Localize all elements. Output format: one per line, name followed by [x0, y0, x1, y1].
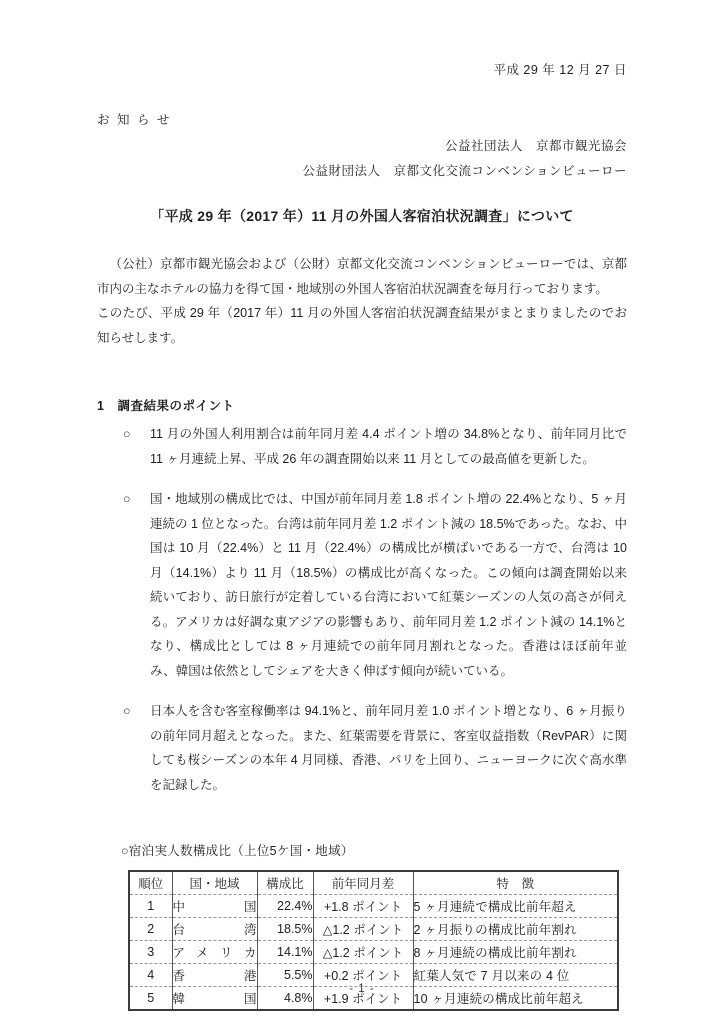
page-number: - 1 - [0, 983, 724, 995]
cell-diff: △1.2 ポイント [313, 918, 413, 941]
cell-share: 22.4% [257, 895, 313, 918]
point-item-country-composition: ○ 国・地域別の構成比では、中国が前年同月差 1.8 ポイント増の 22.4%と… [123, 487, 627, 683]
organization-name-1: 公益社団法人 京都市観光協会 [97, 136, 627, 154]
table-row: 3 アメリカ 14.1% △1.2 ポイント 8 ヶ月連続の構成比前年割れ [129, 941, 618, 964]
survey-points-list: ○ 11 月の外国人利用割合は前年同月差 4.4 ポイント増の 34.8%となり… [97, 422, 627, 797]
header-feature: 特 徴 [413, 871, 618, 895]
cell-rank: 1 [129, 895, 172, 918]
cell-diff: △1.2 ポイント [313, 941, 413, 964]
cell-feature: 5 ヶ月連続で構成比前年超え [413, 895, 618, 918]
cell-country: アメリカ [172, 941, 257, 964]
header-diff: 前年同月差 [313, 871, 413, 895]
point-text: 11 月の外国人利用割合は前年同月差 4.4 ポイント増の 34.8%となり、前… [150, 422, 627, 471]
table-row: 2 台 湾 18.5% △1.2 ポイント 2 ヶ月振りの構成比前年割れ [129, 918, 618, 941]
cell-rank: 2 [129, 918, 172, 941]
cell-feature: 8 ヶ月連続の構成比前年割れ [413, 941, 618, 964]
circle-bullet-icon: ○ [123, 699, 137, 724]
document-page: 平成 29 年 12 月 27 日 お 知 ら せ 公益社団法人 京都市観光協会… [0, 0, 724, 1024]
header-rank: 順位 [129, 871, 172, 895]
table-row: 1 中 国 22.4% +1.8 ポイント 5 ヶ月連続で構成比前年超え [129, 895, 618, 918]
cell-feature: 2 ヶ月振りの構成比前年割れ [413, 918, 618, 941]
header-share: 構成比 [257, 871, 313, 895]
cell-share: 14.1% [257, 941, 313, 964]
document-title: 「平成 29 年（2017 年）11 月の外国人客宿泊状況調査」について [97, 206, 627, 226]
organization-name-2: 公益財団法人 京都文化交流コンベンションビューロー [97, 161, 627, 179]
circle-bullet-icon: ○ [123, 422, 137, 447]
intro-paragraph-1: （公社）京都市観光協会および（公財）京都文化交流コンベンションビューローでは、京… [97, 252, 627, 301]
cell-country: 台 湾 [172, 918, 257, 941]
cell-diff: +1.8 ポイント [313, 895, 413, 918]
point-text: 国・地域別の構成比では、中国が前年同月差 1.8 ポイント増の 22.4%となり… [150, 487, 627, 683]
point-text: 日本人を含む客室稼働率は 94.1%と、前年同月差 1.0 ポイント増となり、6… [150, 699, 627, 797]
document-date: 平成 29 年 12 月 27 日 [97, 0, 627, 78]
ranking-table-caption: ○宿泊実人数構成比（上位5ケ国・地域） [121, 841, 627, 859]
intro-block: （公社）京都市観光協会および（公財）京都文化交流コンベンションビューローでは、京… [97, 252, 627, 350]
point-item-occupancy-ratio: ○ 11 月の外国人利用割合は前年同月差 4.4 ポイント増の 34.8%となり… [123, 422, 627, 471]
cell-share: 18.5% [257, 918, 313, 941]
point-item-room-occupancy: ○ 日本人を含む客室稼働率は 94.1%と、前年同月差 1.0 ポイント増となり… [123, 699, 627, 797]
section-heading-survey-points: 1 調査結果のポイント [97, 396, 627, 414]
circle-bullet-icon: ○ [123, 487, 137, 512]
cell-country: 中 国 [172, 895, 257, 918]
header-country: 国・地域 [172, 871, 257, 895]
cell-rank: 3 [129, 941, 172, 964]
notice-label: お 知 ら せ [97, 110, 627, 128]
intro-paragraph-2: このたび、平成 29 年（2017 年）11 月の外国人客宿泊状況調査結果がまと… [97, 301, 627, 350]
table-header-row: 順位 国・地域 構成比 前年同月差 特 徴 [129, 871, 618, 895]
